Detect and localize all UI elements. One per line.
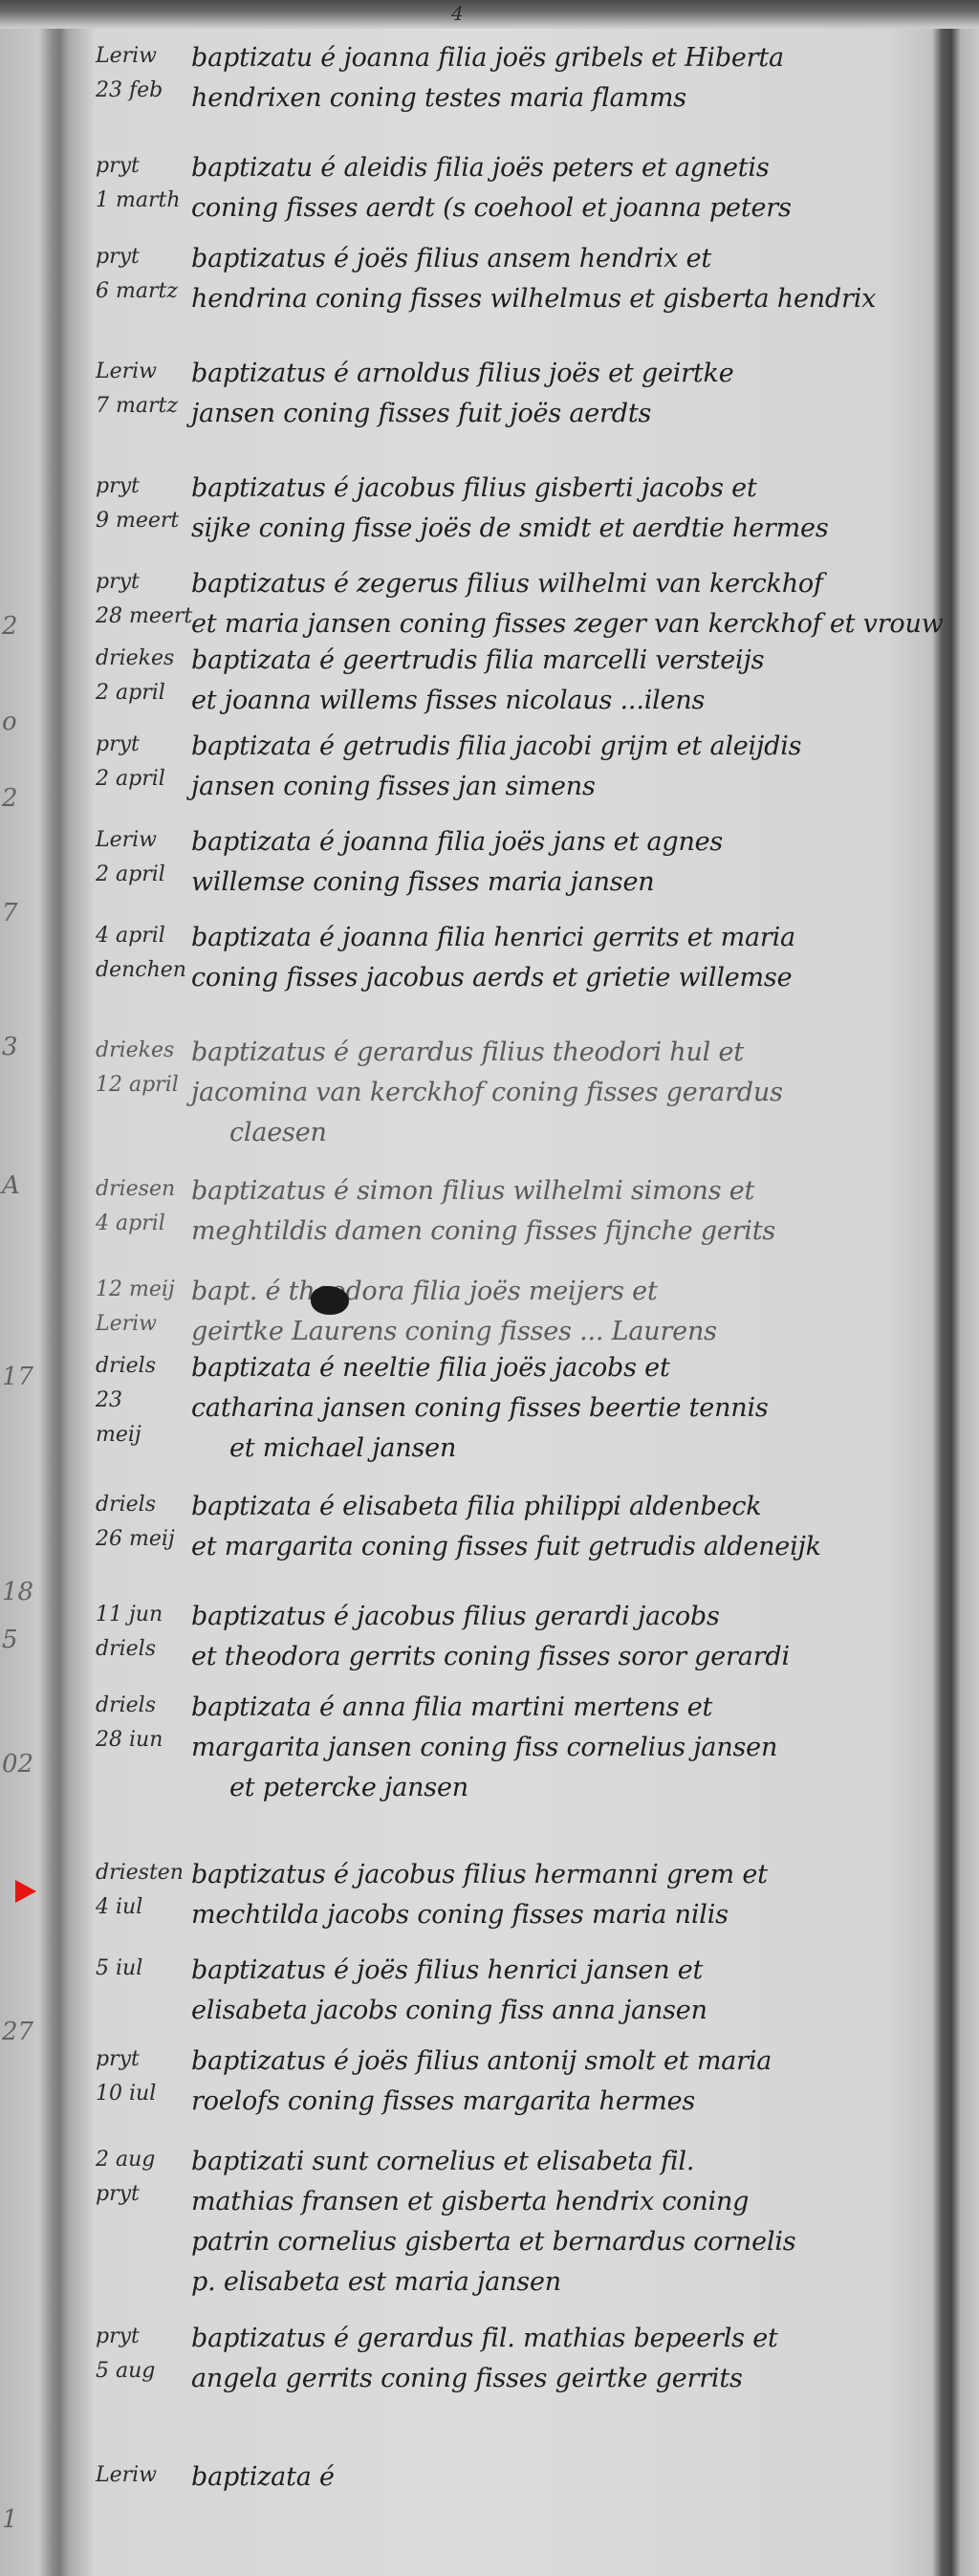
entry-line: jacomina van kerckhof coning fisses gera… [191, 1073, 927, 1113]
margin-line: driels [96, 1493, 191, 1517]
entry-margin-note: driesen4 april [96, 1177, 191, 1246]
entry-line: bapt. é theodora filia joës meijers et [191, 1272, 927, 1312]
margin-line: pryt [96, 2325, 191, 2349]
register-entry: pryt5 augbaptizatus é gerardus fil. math… [96, 2319, 927, 2399]
entry-text: baptizatus é joës filius ansem hendrix e… [191, 239, 927, 319]
entry-text: baptizatus é gerardus filius theodori hu… [191, 1033, 927, 1153]
margin-line: 4 april [96, 924, 191, 949]
margin-line: Leriw [96, 44, 191, 69]
adjacent-page-fragment: 02 [2, 1750, 33, 1779]
register-entry: Leriwbaptizata é [96, 2457, 927, 2498]
margin-line: Leriw [96, 828, 191, 853]
entry-line: et petercke jansen [191, 1768, 927, 1808]
margin-line: 26 meij [96, 1527, 191, 1552]
register-entry: pryt10 iulbaptizatus é joës filius anton… [96, 2041, 927, 2122]
register-entry: pryt28 meertbaptizatus é zegerus filius … [96, 564, 927, 644]
adjacent-page-fragment: o [2, 708, 17, 736]
entry-line: baptizata é getrudis filia jacobi grijm … [191, 727, 927, 767]
adjacent-page-strip: 2 o 2 7 3 A 17 18 5 02 27 1 [0, 0, 46, 2576]
entry-text: baptizata é neeltie filia joës jacobs et… [191, 1348, 927, 1469]
entry-margin-note: driels28 iun [96, 1693, 191, 1762]
margin-line: driesten [96, 1861, 191, 1886]
margin-line: driels [96, 1693, 191, 1718]
entry-line: hendrixen coning testes maria flamms [191, 78, 927, 119]
row-marker-arrow-icon [15, 1880, 36, 1903]
entry-margin-note: driels26 meij [96, 1493, 191, 1561]
entry-line: et margarita coning fisses fuit getrudis… [191, 1527, 927, 1567]
margin-line: 2 april [96, 862, 191, 887]
margin-line: 12 meij [96, 1277, 191, 1302]
margin-line: 10 iul [96, 2082, 191, 2107]
entry-line: baptizata é geertrudis filia marcelli ve… [191, 641, 927, 681]
entry-margin-note: pryt5 aug [96, 2325, 191, 2393]
entry-text: baptizatus é gerardus fil. mathias bepee… [191, 2319, 927, 2399]
entry-line: meghtildis damen coning fisses fijnche g… [191, 1212, 927, 1252]
page-number: 4 [451, 2, 464, 25]
entry-line: coning fisses aerdt (s coehool et joanna… [191, 188, 927, 229]
entry-text: baptizatus é arnoldus filius joës et gei… [191, 354, 927, 434]
entry-line: baptizatus é gerardus filius theodori hu… [191, 1033, 927, 1073]
entry-line: baptizatu é joanna filia joës gribels et… [191, 38, 927, 78]
register-entry: Leriw7 martzbaptizatus é arnoldus filius… [96, 354, 927, 434]
entry-text: baptizatus é jacobus filius hermanni gre… [191, 1855, 927, 1935]
entry-margin-note: 12 meijLeriw [96, 1277, 191, 1346]
entry-line: mechtilda jacobs coning fisses maria nil… [191, 1895, 927, 1935]
entry-line: roelofs coning fisses margarita hermes [191, 2082, 927, 2122]
entry-text: baptizatus é jacobus filius gerardi jaco… [191, 1597, 927, 1677]
register-entry: driesten4 iulbaptizatus é jacobus filius… [96, 1855, 927, 1935]
entry-line: baptizata é elisabeta filia philippi ald… [191, 1487, 927, 1527]
register-entry: pryt6 martzbaptizatus é joës filius anse… [96, 239, 927, 319]
entry-line: baptizatus é joës filius henrici jansen … [191, 1951, 927, 1991]
margin-line: 5 iul [96, 1956, 191, 1981]
adjacent-page-fragment: 18 [2, 1578, 33, 1606]
entry-text: baptizatus é joës filius henrici jansen … [191, 1951, 927, 2031]
entry-margin-note: driesten4 iul [96, 1861, 191, 1930]
entry-text: baptizata é joanna filia joës jans et ag… [191, 822, 927, 903]
margin-line: pryt [96, 474, 191, 499]
margin-line: 9 meert [96, 509, 191, 534]
adjacent-page-fragment: 27 [2, 2018, 33, 2046]
margin-line: Leriw [96, 360, 191, 384]
register-entry: driels26 meijbaptizata é elisabeta filia… [96, 1487, 927, 1567]
register-entry: driels23meijbaptizata é neeltie filia jo… [96, 1348, 927, 1469]
entry-margin-note: pryt9 meert [96, 474, 191, 543]
entry-margin-note: Leriw7 martz [96, 360, 191, 428]
entry-text: baptizata é anna filia martini mertens e… [191, 1688, 927, 1808]
entry-text: baptizata é getrudis filia jacobi grijm … [191, 727, 927, 807]
margin-line: 23 feb [96, 78, 191, 103]
entry-line: mathias fransen et gisberta hendrix coni… [191, 2182, 927, 2222]
entry-line: baptizatus é zegerus filius wilhelmi van… [191, 564, 927, 604]
entry-line: angela gerrits coning fisses geirtke ger… [191, 2359, 927, 2399]
register-entry: driels28 iunbaptizata é anna filia marti… [96, 1688, 927, 1808]
register-entry: Leriw23 febbaptizatu é joanna filia joës… [96, 38, 927, 119]
entry-line: jansen coning fisses jan simens [191, 767, 927, 807]
register-entry: driesen4 aprilbaptizatus é simon filius … [96, 1171, 927, 1252]
margin-line: 28 iun [96, 1728, 191, 1753]
margin-line: 28 meert [96, 604, 191, 629]
entry-line: willemse coning fisses maria jansen [191, 862, 927, 903]
entry-text: baptizatu é aleidis filia joës peters et… [191, 148, 927, 229]
entry-margin-note: 4 aprildenchen [96, 924, 191, 993]
entry-line: elisabeta jacobs coning fiss anna jansen [191, 1991, 927, 2031]
entry-text: baptizatus é simon filius wilhelmi simon… [191, 1171, 927, 1252]
margin-line: driekes [96, 1038, 191, 1063]
entry-text: baptizata é elisabeta filia philippi ald… [191, 1487, 927, 1567]
entry-margin-note: driels23meij [96, 1354, 191, 1457]
entry-margin-note: driekes12 april [96, 1038, 191, 1107]
register-entry: 4 aprildenchenbaptizata é joanna filia h… [96, 918, 927, 998]
margin-line: 2 aug [96, 2148, 191, 2172]
entry-line: patrin cornelius gisberta et bernardus c… [191, 2222, 927, 2262]
entry-line: baptizatus é jacobus filius gisberti jac… [191, 469, 927, 509]
entry-line: et joanna willems fisses nicolaus ...ile… [191, 681, 927, 721]
margin-line: 11 jun [96, 1603, 191, 1627]
entry-line: baptizata é anna filia martini mertens e… [191, 1688, 927, 1728]
entry-line: baptizata é [191, 2457, 927, 2498]
entry-margin-note: Leriw [96, 2463, 191, 2498]
entry-line: baptizatus é joës filius ansem hendrix e… [191, 239, 927, 279]
entry-line: baptizata é neeltie filia joës jacobs et [191, 1348, 927, 1388]
entry-line: baptizata é joanna filia joës jans et ag… [191, 822, 927, 862]
margin-line: 23 [96, 1388, 191, 1413]
entry-text: baptizata é geertrudis filia marcelli ve… [191, 641, 927, 721]
margin-line: 1 marth [96, 188, 191, 213]
margin-line: pryt [96, 570, 191, 595]
entry-line: hendrina coning fisses wilhelmus et gisb… [191, 279, 927, 319]
margin-line: 4 iul [96, 1895, 191, 1920]
register-entry: 2 augprytbaptizati sunt cornelius et eli… [96, 2142, 927, 2303]
entry-margin-note: driekes2 april [96, 646, 191, 715]
entry-line: margarita jansen coning fiss cornelius j… [191, 1728, 927, 1768]
entry-text: baptizati sunt cornelius et elisabeta fi… [191, 2142, 927, 2303]
adjacent-page-fragment: 7 [2, 899, 18, 928]
entry-margin-note: pryt1 marth [96, 154, 191, 223]
entry-text: baptizatus é joës filius antonij smolt e… [191, 2041, 927, 2122]
margin-line: pryt [96, 732, 191, 757]
entry-line: geirtke Laurens coning fisses ... Lauren… [191, 1312, 927, 1352]
entry-line: baptizatu é aleidis filia joës peters et… [191, 148, 927, 188]
entry-line: catharina jansen coning fisses beertie t… [191, 1388, 927, 1429]
margin-line: 2 april [96, 767, 191, 792]
margin-line: 4 april [96, 1212, 191, 1236]
entry-margin-note: pryt2 april [96, 732, 191, 801]
entry-margin-note: pryt6 martz [96, 245, 191, 314]
entry-line: baptizati sunt cornelius et elisabeta fi… [191, 2142, 927, 2182]
margin-line: driels [96, 1637, 191, 1662]
entry-line: sijke coning fisse joës de smidt et aerd… [191, 509, 927, 549]
entry-line: coning fisses jacobus aerds et grietie w… [191, 958, 927, 998]
entry-line: jansen coning fisses fuit joës aerdts [191, 394, 927, 434]
margin-line: driesen [96, 1177, 191, 1202]
entry-text: baptizata é joanna filia henrici gerrits… [191, 918, 927, 998]
margin-line: 6 martz [96, 279, 191, 304]
entry-line: baptizatus é arnoldus filius joës et gei… [191, 354, 927, 394]
register-entry: 5 iulbaptizatus é joës filius henrici ja… [96, 1951, 927, 2031]
entry-line: baptizatus é simon filius wilhelmi simon… [191, 1171, 927, 1212]
adjacent-page-fragment: 1 [2, 2505, 18, 2534]
entry-margin-note: 2 augpryt [96, 2148, 191, 2216]
margin-line: meij [96, 1423, 191, 1448]
entry-line: et theodora gerrits coning fisses soror … [191, 1637, 927, 1677]
margin-line: driels [96, 1354, 191, 1379]
margin-line: 5 aug [96, 2359, 191, 2384]
entry-text: baptizata é [191, 2457, 927, 2498]
entry-line: p. elisabeta est maria jansen [191, 2262, 927, 2303]
register-entry: pryt2 aprilbaptizata é getrudis filia ja… [96, 727, 927, 807]
entry-line: claesen [191, 1113, 927, 1153]
entry-text: baptizatu é joanna filia joës gribels et… [191, 38, 927, 119]
register-entry: 11 jundrielsbaptizatus é jacobus filius … [96, 1597, 927, 1677]
margin-line: pryt [96, 2047, 191, 2072]
entry-margin-note: 5 iul [96, 1956, 191, 1991]
entry-margin-note: pryt28 meert [96, 570, 191, 639]
entry-line: et michael jansen [191, 1429, 927, 1469]
margin-line: 2 april [96, 681, 191, 706]
page-top-edge [0, 0, 979, 29]
register-entry: pryt9 meertbaptizatus é jacobus filius g… [96, 469, 927, 549]
register-entry: 12 meijLeriwbapt. é theodora filia joës … [96, 1272, 927, 1352]
margin-line: Leriw [96, 2463, 191, 2488]
entry-margin-note: Leriw23 feb [96, 44, 191, 113]
margin-line: pryt [96, 2182, 191, 2207]
entry-text: bapt. é theodora filia joës meijers etge… [191, 1272, 927, 1352]
entry-margin-note: Leriw2 april [96, 828, 191, 897]
ink-blot [311, 1286, 349, 1315]
entry-line: baptizatus é joës filius antonij smolt e… [191, 2041, 927, 2082]
adjacent-page-fragment: 5 [2, 1626, 18, 1654]
margin-line: pryt [96, 245, 191, 270]
adjacent-page-fragment: 3 [2, 1033, 18, 1061]
entry-line: baptizata é joanna filia henrici gerrits… [191, 918, 927, 958]
register-entry: Leriw2 aprilbaptizata é joanna filia joë… [96, 822, 927, 903]
margin-line: 7 martz [96, 394, 191, 419]
adjacent-page-fragment: 17 [2, 1363, 33, 1391]
entry-text: baptizatus é zegerus filius wilhelmi van… [191, 564, 927, 644]
margin-line: Leriw [96, 1312, 191, 1337]
margin-line: 12 april [96, 1073, 191, 1098]
adjacent-page-fragment: A [2, 1171, 20, 1200]
margin-line: driekes [96, 646, 191, 671]
entry-line: baptizatus é jacobus filius gerardi jaco… [191, 1597, 927, 1637]
register-entry: driekes2 aprilbaptizata é geertrudis fil… [96, 641, 927, 721]
entry-margin-note: 11 jundriels [96, 1603, 191, 1671]
margin-line: denchen [96, 958, 191, 983]
margin-line: pryt [96, 154, 191, 179]
entry-line: et maria jansen coning fisses zeger van … [191, 604, 927, 644]
entry-text: baptizatus é jacobus filius gisberti jac… [191, 469, 927, 549]
register-entry: pryt1 marthbaptizatu é aleidis filia joë… [96, 148, 927, 229]
entry-margin-note: pryt10 iul [96, 2047, 191, 2116]
entry-line: baptizatus é gerardus fil. mathias bepee… [191, 2319, 927, 2359]
adjacent-page-fragment: 2 [2, 784, 18, 813]
adjacent-page-fragment: 2 [2, 612, 18, 641]
entry-line: baptizatus é jacobus filius hermanni gre… [191, 1855, 927, 1895]
register-entry: driekes12 aprilbaptizatus é gerardus fil… [96, 1033, 927, 1153]
